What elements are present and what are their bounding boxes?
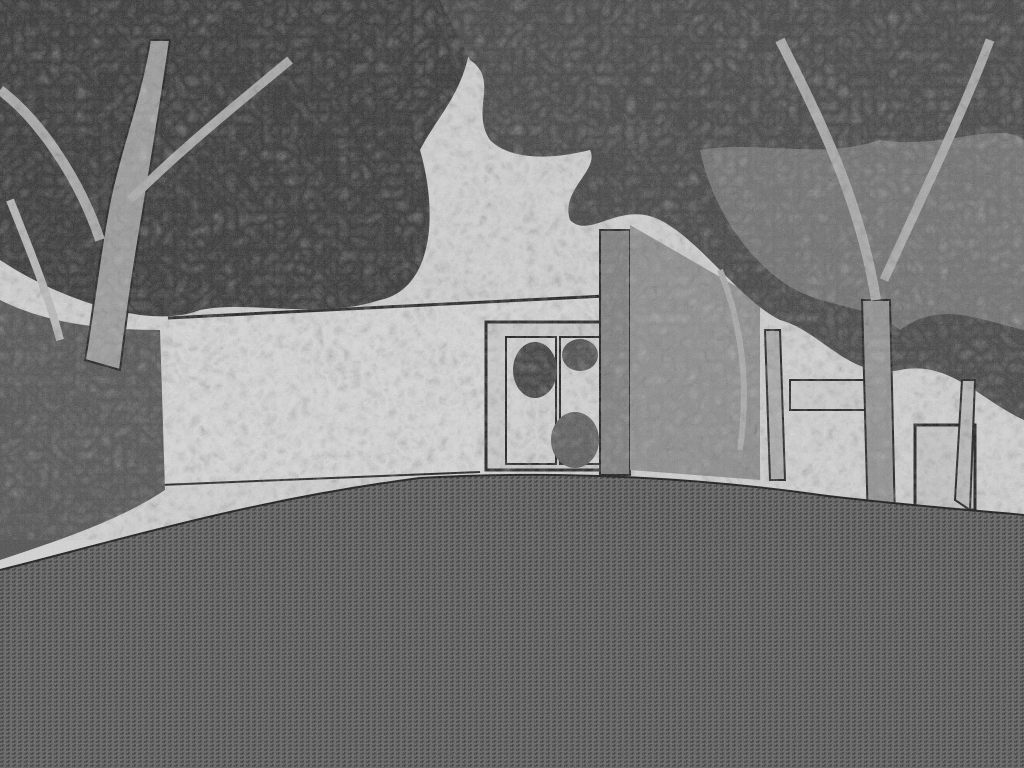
photo-scene [0, 0, 1024, 768]
scene-illustration [0, 0, 1024, 768]
